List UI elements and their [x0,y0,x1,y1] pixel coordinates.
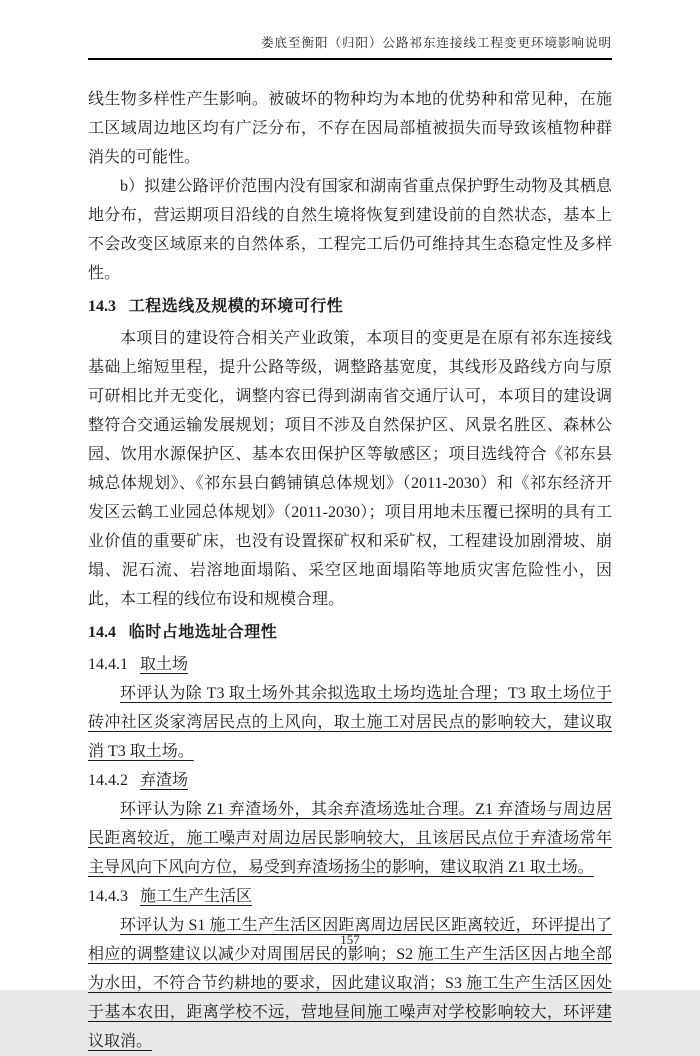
section-14-4-title: 临时占地选址合理性 [129,624,278,641]
paragraph-spoil-ground: 环评认为除 Z1 弃渣场外，其余弃渣场选址合理。Z1 弃渣场与周边居民距离较近，… [88,795,612,882]
section-14-3-title: 工程选线及规模的环境可行性 [129,298,344,315]
subsection-14-4-1-number: 14.4.1 [88,656,128,673]
page-footer: 157 [0,932,700,948]
page-header: 娄底至衡阳（归阳）公路祁东连接线工程变更环境影响说明 [88,34,612,60]
document-body: 线生物多样性产生影响。被破坏的物种均为本地的优势种和常见种，在施工区域周边地区均… [88,85,612,1056]
subsection-heading-14-4-3: 14.4.3 施工生产生活区 [88,882,612,911]
header-divider [88,58,612,60]
subsection-heading-14-4-2: 14.4.2 弃渣场 [88,766,612,795]
running-header-title: 娄底至衡阳（归阳）公路祁东连接线工程变更环境影响说明 [88,34,612,52]
section-14-3-number: 14.3 [88,298,116,315]
subsection-14-4-1-title: 取土场 [140,656,188,673]
subsection-14-4-2-title: 弃渣场 [140,772,188,789]
paragraph-wildlife-item-b: b）拟建公路评价范围内没有国家和湖南省重点保护野生动物及其栖息地分布，营运期项目… [88,172,612,288]
subsection-heading-14-4-1: 14.4.1 取土场 [88,650,612,679]
subsection-14-4-2-number: 14.4.2 [88,772,128,789]
paragraph-biodiversity-continuation: 线生物多样性产生影响。被破坏的物种均为本地的优势种和常见种，在施工区域周边地区均… [88,85,612,172]
document-page: 娄底至衡阳（归阳）公路祁东连接线工程变更环境影响说明 线生物多样性产生影响。被破… [0,0,700,990]
section-heading-14-4: 14.4 临时占地选址合理性 [88,618,612,647]
paragraph-borrow-pit: 环评认为除 T3 取土场外其余拟选取土场均选址合理；T3 取土场位于砖冲社区炎家… [88,679,612,766]
paragraph-route-feasibility: 本项目的建设符合相关产业政策，本项目的变更是在原有祁东连接线基础上缩短里程，提升… [88,324,612,614]
subsection-14-4-3-number: 14.4.3 [88,888,128,905]
page-number: 157 [340,932,360,947]
subsection-14-4-3-title: 施工生产生活区 [140,888,252,905]
section-14-4-number: 14.4 [88,624,116,641]
section-heading-14-3: 14.3 工程选线及规模的环境可行性 [88,292,612,321]
